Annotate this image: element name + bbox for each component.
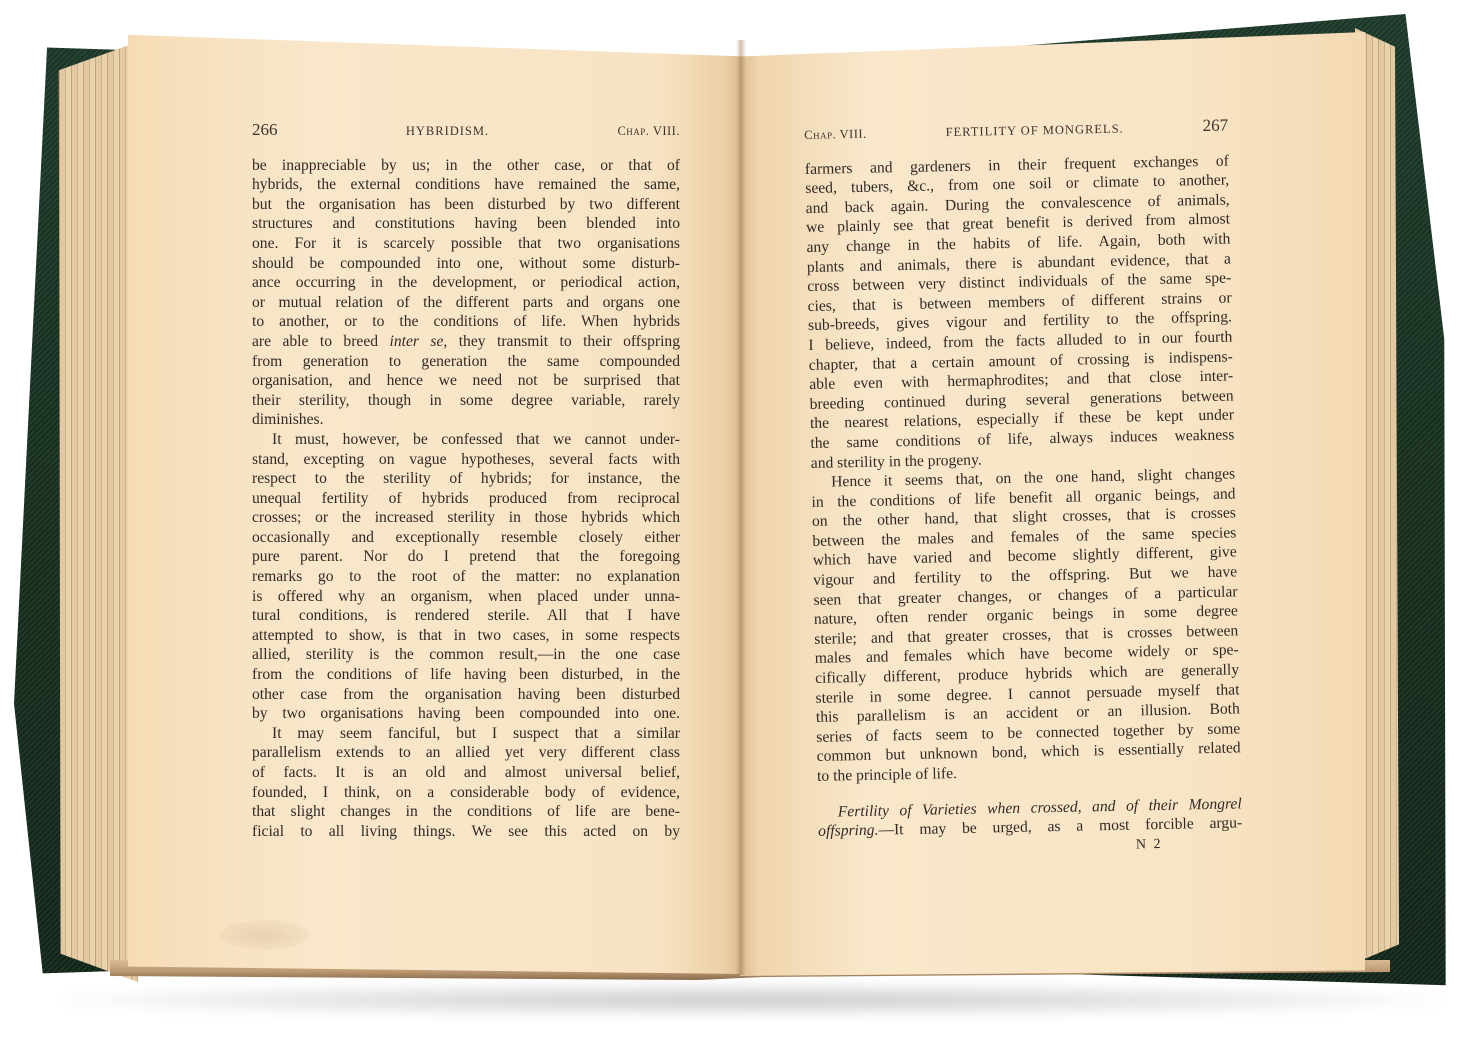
left-page-text: 266 HYBRIDISM. Chap. VIII. be inapprecia… bbox=[252, 120, 680, 841]
left-running-head: 266 HYBRIDISM. Chap. VIII. bbox=[252, 120, 680, 142]
text-line: It may seem fanciful, but I suspect that… bbox=[252, 724, 680, 744]
text-line: from the conditions of life having been … bbox=[252, 665, 680, 685]
text-line: pure parent. Nor do I pretend that the f… bbox=[252, 547, 680, 567]
left-page-stack bbox=[48, 42, 138, 982]
section-heading-end: offspring. bbox=[818, 822, 879, 840]
text-line: occasionally and exceptionally resemble … bbox=[252, 528, 680, 548]
text-line: but the organisation has been disturbed … bbox=[252, 195, 680, 215]
text-line: stand, excepting on vague hypotheses, se… bbox=[252, 450, 680, 470]
text-line: parallelism extends to an allied yet ver… bbox=[252, 743, 680, 763]
text-line: of facts. It is an old and almost univer… bbox=[252, 763, 680, 783]
text-line: ance occurring in the development, or pe… bbox=[252, 273, 680, 293]
running-title: HYBRIDISM. bbox=[406, 122, 489, 142]
text-line: are able to breed inter se, they transmi… bbox=[252, 332, 680, 352]
text-line: respect to the sterility of hybrids; for… bbox=[252, 469, 680, 489]
text-line: allied, sterility is the common result,—… bbox=[252, 645, 680, 665]
running-title: FERTILITY OF MONGRELS. bbox=[945, 120, 1123, 143]
text-line: tural conditions, is rendered sterile. A… bbox=[252, 606, 680, 626]
text-line: that slight changes in the conditions of… bbox=[252, 802, 680, 822]
chapter-label: Chap. VIII. bbox=[617, 122, 680, 142]
text-line: or mutual relation of the different part… bbox=[252, 293, 680, 313]
text-line: remarks go to the root of the matter: no… bbox=[252, 567, 680, 587]
text-line: diminishes. bbox=[252, 410, 680, 430]
text-line: attempted to show, is that in two cases,… bbox=[252, 626, 680, 646]
text-line: should be compounded into one, without s… bbox=[252, 254, 680, 274]
text-line: unequal fertility of hybrids produced fr… bbox=[252, 489, 680, 509]
text-line: by two organisations having been compoun… bbox=[252, 704, 680, 724]
text-line: be inappreciable by us; in the other cas… bbox=[252, 156, 680, 176]
text-line: other case from the organisation having … bbox=[252, 685, 680, 705]
text-line: their sterility, though in some degree v… bbox=[252, 391, 680, 411]
text-line: founded, I think, on a considerable body… bbox=[252, 783, 680, 803]
page-stain bbox=[220, 920, 310, 950]
text-line: to another, or to the conditions of life… bbox=[252, 312, 680, 332]
text-line: one. For it is scarcely possible that tw… bbox=[252, 234, 680, 254]
book-gutter bbox=[736, 40, 746, 975]
text-line: ficial to all living things. We see this… bbox=[252, 822, 680, 842]
text-line: It must, however, be confessed that we c… bbox=[252, 430, 680, 450]
page-number: 266 bbox=[252, 120, 278, 140]
text-line: structures and constitutions having been… bbox=[252, 214, 680, 234]
text-line: is offered why an organism, when placed … bbox=[252, 587, 680, 607]
text-line: from generation to generation the same c… bbox=[252, 352, 680, 372]
text-line: organisation, and hence we need not be s… bbox=[252, 371, 680, 391]
page-number: 267 bbox=[1202, 115, 1228, 135]
chapter-label: Chap. VIII. bbox=[804, 125, 867, 146]
text-line: hybrids, the external conditions have re… bbox=[252, 175, 680, 195]
book-shadow bbox=[60, 985, 1440, 1015]
right-page-text: Chap. VIII. FERTILITY OF MONGRELS. 267 f… bbox=[804, 115, 1243, 861]
text-line: crosses; or the increased sterility in t… bbox=[252, 508, 680, 528]
